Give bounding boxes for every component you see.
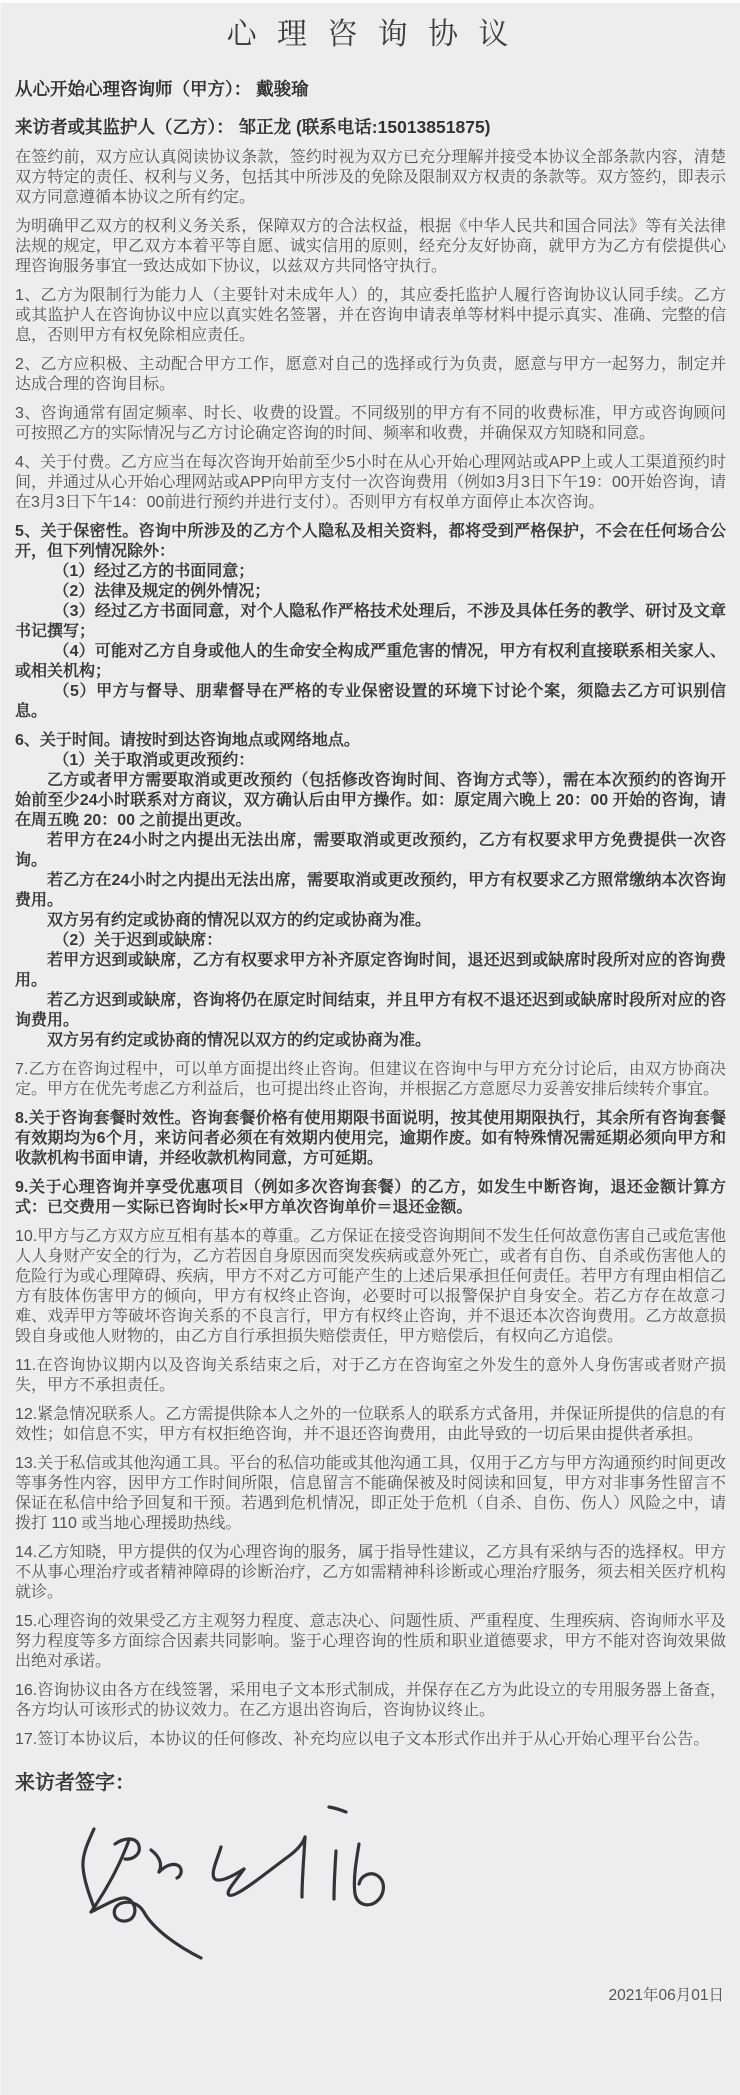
clause-paragraph: 6、关于时间。请按时到达咨询地点或网络地点。 — [15, 731, 726, 751]
clause-paragraph: 8.关于咨询套餐时效性。咨询套餐价格有使用期限书面说明，按其使用期限执行，其余所… — [15, 1109, 726, 1169]
clause-paragraph: 17.签订本协议后，本协议的任何修改、补充均应以电子文本形式作出并于从心开始心理… — [15, 1730, 726, 1750]
clause-paragraph: 11.在咨询协议期内以及咨询关系结束之后，对于乙方在咨询室之外发生的意外人身伤害… — [15, 1356, 726, 1396]
clause-paragraph: 16.咨询协议由各方在线签署，采用电子文本形式制成，并保存在乙方为此设立的专用服… — [15, 1681, 726, 1721]
clause-paragraph: 在签约前，双方应认真阅读协议条款，签约时视为双方已充分理解并接受本协议全部条款内… — [15, 148, 726, 208]
clause-paragraph: 1、乙方为限制行为能力人（主要针对未成年人）的，其应委托监护人履行咨询协议认同手… — [15, 286, 726, 346]
clause-subitem: （2）关于迟到或缺席： — [15, 931, 726, 951]
clause-paragraph: 7.乙方在咨询过程中，可以单方面提出终止咨询。但建议在咨询中与甲方充分讨论后，由… — [15, 1060, 726, 1100]
clause-subparagraph: 若甲方在24小时之内提出无法出席，需要取消或更改预约，乙方有权要求甲方免费提供一… — [15, 831, 726, 871]
signature-label: 来访者签字： — [15, 1768, 726, 1798]
clause-subparagraph: 若乙方在24小时之内提出无法出席，需要取消或更改预约，甲方有权要求乙方照常缴纳本… — [15, 871, 726, 911]
clause-paragraph: 5、关于保密性。咨询中所涉及的乙方个人隐私及相关资料，都将受到严格保护，不会在任… — [15, 522, 726, 562]
signature-section: 来访者签字： — [15, 1768, 726, 1962]
clause-paragraph: 9.关于心理咨询并享受优惠项目（例如多次咨询套餐）的乙方，如发生中断咨询，退还金… — [15, 1178, 726, 1218]
clause-subparagraph: 双方另有约定或协商的情况以双方的约定或协商为准。 — [15, 911, 726, 931]
clause-paragraph: 12.紧急情况联系人。乙方需提供除本人之外的一位联系人的联系方式备用，并保证所提… — [15, 1405, 726, 1445]
clause-subitem: （3）经过乙方书面同意，对个人隐私作严格技术处理后，不涉及具体任务的教学、研讨及… — [15, 602, 726, 642]
page-title: 心 理 咨 询 协 议 — [15, 15, 726, 55]
clause-paragraph: 为明确甲乙双方的权利义务关系，保障双方的合法权益，根据《中华人民共和国合同法》等… — [15, 217, 726, 277]
clause-subitem: （1）经过乙方的书面同意； — [15, 562, 726, 582]
clause-subitem: （2）法律及规定的例外情况； — [15, 582, 726, 602]
clause-paragraph: 15.心理咨询的效果受乙方主观努力程度、意志决心、问题性质、严重程度、生理疾病、… — [15, 1612, 726, 1672]
clause-subitem: （1）关于取消或更改预约： — [15, 751, 726, 771]
party-b-line: 来访者或其监护人（乙方）： 邹正龙 (联系电话:15013851875) — [15, 115, 726, 139]
signature-date: 2021年06月01日 — [15, 1986, 726, 2006]
clause-paragraph: 13.关于私信或其他沟通工具。平台的私信功能或其他沟通工具，仅用于乙方与甲方沟通… — [15, 1454, 726, 1534]
clause-paragraph: 3、咨询通常有固定频率、时长、收费的设置。不同级别的甲方有不同的收费标准，甲方或… — [15, 404, 726, 444]
clause-subitem: （4）可能对乙方自身或他人的生命安全构成严重危害的情况，甲方有权利直接联系相关家… — [15, 642, 726, 682]
clause-subparagraph: 乙方或者甲方需要取消或更改预约（包括修改咨询时间、咨询方式等），需在本次预约的咨… — [15, 771, 726, 831]
agreement-body: 在签约前，双方应认真阅读协议条款，签约时视为双方已充分理解并接受本协议全部条款内… — [15, 148, 726, 1750]
clause-subitem: （5）甲方与督导、朋辈督导在严格的专业保密设置的环境下讨论个案，须隐去乙方可识别… — [15, 682, 726, 722]
clause-subparagraph: 若甲方迟到或缺席，乙方有权要求甲方补齐原定咨询时间，退还迟到或缺席时段所对应的咨… — [15, 951, 726, 991]
agreement-page: 心 理 咨 询 协 议 从心开始心理咨询师（甲方）： 戴骏瑜 来访者或其监护人（… — [0, 0, 740, 2095]
clause-paragraph: 14.乙方知晓，甲方提供的仅为心理咨询的服务，属于指导性建议，乙方具有采纳与否的… — [15, 1543, 726, 1603]
clause-paragraph: 4、关于付费。乙方应当在每次咨询开始前至少5小时在从心开始心理网站或APP上或人… — [15, 453, 726, 513]
clause-paragraph: 10.甲方与乙方双方应互相有基本的尊重。乙方保证在接受咨询期间不发生任何故意伤害… — [15, 1227, 726, 1347]
party-a-line: 从心开始心理咨询师（甲方）： 戴骏瑜 — [15, 77, 726, 101]
clause-subparagraph: 双方另有约定或协商的情况以双方的约定或协商为准。 — [15, 1031, 726, 1051]
clause-subparagraph: 若乙方迟到或缺席，咨询将仍在原定时间结束，并且甲方有权不退还迟到或缺席时段所对应… — [15, 991, 726, 1031]
clause-paragraph: 2、乙方应积极、主动配合甲方工作，愿意对自己的选择或行为负责，愿意与甲方一起努力… — [15, 355, 726, 395]
signature-scribble — [67, 1802, 726, 1962]
